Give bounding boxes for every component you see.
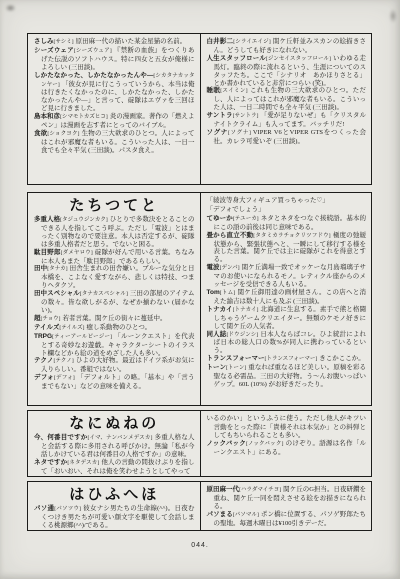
- entry-body: 「彼女が見に行こうっていうから、本当は俺は行きたくなかったのに、しかたなかった、…: [41, 81, 195, 113]
- entry-term: 島本和彦: [34, 113, 60, 120]
- entry-reading: [サシミ]: [54, 39, 74, 45]
- entry-term: パソまる: [207, 511, 233, 518]
- scan-speck: [389, 9, 397, 23]
- entry-term: トナカイ: [207, 306, 233, 313]
- left-column: さしみ[サシミ]原田麻一代の描いた某金星猫の名前。 シーズウェア[シーズウェア]…: [28, 34, 200, 184]
- entry-term: デフォ: [34, 374, 54, 381]
- entry-reading: [トランスフォーマー]: [264, 356, 317, 362]
- entry-reading: [サントラ]: [233, 113, 259, 119]
- entry-term: 原田麻一代: [207, 486, 240, 493]
- entry-term: 食欲: [34, 130, 47, 137]
- glossary-entry: 島本和彦[シマモトカズヒコ]炎の漫画家。著作の「燃えよペン」は漫画を志す者にとっ…: [34, 113, 195, 130]
- glossary-entry: しかたなかった、しかたなかったんや―[シカタナカッタンヤー]「彼女が見に行こうっ…: [34, 72, 195, 114]
- entry-term: トランスフォーマー: [207, 355, 265, 362]
- right-column: 原田麻一代[ハラダマイチヨ]関ケ丘のG担当。日夜研鑽を重ね、関ケ丘一同を悶えさせ…: [200, 482, 372, 530]
- page-number: 044.: [0, 542, 400, 549]
- entry-term: パソ通: [34, 505, 54, 512]
- entry-body: 原田麻一代の描いた某金星猫の名前。: [76, 38, 187, 45]
- glossary-entry: テイルズ[テイルズ]癒し系動物のひとつ。: [34, 324, 195, 333]
- entry-reading: [テクノ]: [53, 358, 73, 364]
- glossary-entry: トランスフォーマー[トランスフォーマー]きこかここか。: [207, 355, 367, 364]
- entry-list: パソ通[パソツウ]彼女ナシ男たちの生命線(^^)。日夜むくつけき男たちが可愛い顔…: [34, 505, 195, 530]
- entry-term: テクノ: [34, 357, 53, 364]
- entry-term: 睡眠: [207, 87, 221, 94]
- glossary-entry: シーズウェア[シーズウェア]『禁断の血族』をつくりあげた伝説のソフトハウス。特に…: [34, 47, 195, 72]
- entry-list: 今、何番目ですか[イマ、ナンバンメデスカ]多重人格な人と会話する際に多用される呼…: [34, 434, 195, 476]
- glossary-entry: 食欲[ショクヨク]生物の三大欲求のひとつ。人によってはこれが邪魔な者もいる。こう…: [34, 130, 195, 155]
- entry-body: きこかここか。: [319, 355, 365, 362]
- entry-list: 多重人格[タジュウジンカク]ひとりで多数決をとることのできる人を指してこう呼ぶ。…: [34, 216, 195, 391]
- glossary-entry: ソグナ[ソグナ]VIPER V6とVIPER GTSをつくった会社。カレラ可愛い…: [207, 129, 367, 146]
- entry-reading: [デフォ]: [54, 375, 75, 381]
- glossary-entry: 超[チョウ]若者言葉。関ケ丘の街々に蔓延中。: [34, 315, 195, 324]
- entry-reading: [パソツウ]: [54, 506, 81, 512]
- entry-reading: [ハラダマイチヨ]: [239, 487, 281, 493]
- entry-term: 電波: [207, 264, 220, 271]
- glossary-entry: TRPG[ティーアールピージー]「ルーンクエスト」を代表とする奇妙なお遊戯。キャ…: [34, 333, 195, 358]
- entry-reading: [ネタデスカ]: [67, 460, 99, 466]
- entry-reading: [ティーアールピージー]: [52, 334, 112, 340]
- entry-term: 今、何番目ですか: [34, 434, 87, 441]
- glossary-entry: サントラ[サントラ]「愛が足りないぜ」も「クリスタルナイトクライム」も入ってます…: [207, 112, 367, 129]
- glossary-entry: 田中スペシャル[タナカスペシャル]三田の部屋のアイテムの数々。皆な欲しがるが、な…: [34, 290, 195, 315]
- glossary-entry: 多重人格[タジュウジンカク]ひとりで多数決をとることのできる人を指してこう呼ぶ。…: [34, 216, 195, 249]
- glossary-entry: 田中[タナカ]田舎生まれの田舎嫌い。ブルーな気分と日本橋を、こよなく愛すながら、…: [34, 265, 195, 290]
- glossary-entry: 畳から直立不動[タタミカラチョクリツフドウ]極度の弛緩状態から、緊張状態へと、一…: [207, 232, 367, 265]
- entry-term: 人生スタッフロール: [207, 55, 266, 62]
- entry-term: 白井影二: [207, 38, 234, 45]
- glossary-entry: てゆーか[テユーカ]ネタとネタをつなぐ接続語。基本的にこの語の前後は同じ意味であ…: [207, 215, 367, 232]
- entry-term: テイルズ: [34, 324, 59, 331]
- glossary-box-ta: たちつてと 多重人格[タジュウジンカク]ひとりで多数決をとることのできる人を指し…: [27, 192, 372, 406]
- entry-body: 若者言葉。関ケ丘の街々に蔓延中。: [63, 315, 167, 322]
- entry-term: さしみ: [34, 38, 54, 45]
- glossary-entry: いるのかい」というふうに使う。ただし他人がキツい言動をとった際に「貴様それは本気…: [207, 415, 367, 440]
- glossary-entry: パソ通[パソツウ]彼女ナシ男たちの生命線(^^)。日夜むくつけき男たちが可愛い顔…: [34, 505, 195, 530]
- entry-reading: [シーズウェア]: [74, 48, 112, 54]
- left-column: たちつてと 多重人格[タジュウジンカク]ひとりで多数決をとることのできる人を指し…: [28, 193, 200, 405]
- entry-term: てゆーか: [207, 215, 233, 222]
- entry-term: ソグナ: [207, 129, 229, 136]
- entry-reading: [タタミカラチョクリツフドウ]: [253, 233, 330, 239]
- glossary-entry: 同人誌[ドウジンシ]日本人ならばコレ。ひよ統計によれば日本の総人口の数%が同人に…: [207, 331, 367, 356]
- glossary-entry: 原田麻一代[ハラダマイチヨ]関ケ丘のG担当。日夜研鑽を重ね、関ケ丘一同を悶えさせ…: [207, 486, 367, 511]
- section-header-ha: はひふへほ: [34, 486, 195, 503]
- entry-term: ノックバック: [207, 440, 246, 447]
- entry-term: 駄目野郎: [34, 249, 61, 256]
- entry-reading: [トナカイ]: [233, 307, 259, 313]
- entry-reading: [ショクヨク]: [47, 131, 79, 137]
- glossary-entry: 人生スタッフロール[ジンセイスタッフロール]いわゆる走馬灯。臨終の際に流れるとい…: [207, 55, 367, 88]
- entry-reading: [デンパ]: [220, 265, 240, 271]
- entry-reading: [シライエイジ]: [233, 39, 270, 45]
- entry-body: 「綾波等身大フィギュア買っちゃった♡」: [207, 197, 329, 204]
- entry-reading: [ソグナ]: [228, 130, 251, 136]
- right-column: 白井影二[シライエイジ]関ケ丘軒並みスカンの絵描きさん。どうしても好きになれない…: [200, 34, 372, 184]
- glossary-entry: パソまる[パソマル]ポン橋に位置する、パソゲ野郎たちの聖地。毎週木曜日は¥100…: [207, 511, 367, 528]
- glossary-entry: 電波[デンパ]関ケ丘満場一致でオッケーな月島瑠璃子サマのお使いになられるモノ。レ…: [207, 264, 367, 289]
- entry-body: 癒し系動物のひとつ。: [86, 324, 151, 331]
- glossary-entry: ノックバック[ノックバック]のけぞり。語源は名作「ルーンクエスト」にある。: [207, 440, 367, 457]
- glossary-box-ha: はひふへほ パソ通[パソツウ]彼女ナシ男たちの生命線(^^)。日夜むくつけき男た…: [27, 481, 372, 531]
- glossary-entry: トナカイ[トナカイ]北海道に生息する。素手で熊と格闘しちゃうゲームクリエイター。…: [207, 306, 367, 331]
- entry-body: 関ケ丘御用達の画材屋さん。この店へと消えた諭吉は数十人にも及ぶ (三田談)。: [214, 289, 367, 305]
- entry-term: しかたなかった、しかたなかったんや―: [34, 72, 153, 79]
- entry-reading: [チョウ]: [41, 316, 61, 322]
- glossary-entry: さしみ[サシミ]原田麻一代の描いた某金星猫の名前。: [34, 38, 195, 47]
- section-header-na: なにぬねの: [34, 415, 195, 432]
- entry-term: サントラ: [207, 112, 233, 119]
- entry-reading: [ドウジンシ]: [226, 332, 258, 338]
- entry-reading: [タナカ]: [47, 266, 67, 272]
- entry-reading: [テユーカ]: [233, 216, 259, 222]
- entry-reading: [ダメヤロウ]: [61, 250, 93, 256]
- entry-term: 田中スペシャル: [34, 290, 80, 297]
- glossary-entry: 「綾波等身大フィギュア買っちゃった♡」: [207, 197, 367, 206]
- entry-reading: [ノックバック]: [246, 441, 283, 447]
- entry-reading: [トム]: [220, 290, 235, 296]
- glossary-entry: デフォ[デフォ]「デフォルト」の略。「基本」や「言うまでもない」などの意味を備え…: [34, 374, 195, 391]
- scanned-glossary-page: さしみ[サシミ]原田麻一代の描いた某金星猫の名前。 シーズウェア[シーズウェア]…: [0, 0, 400, 579]
- entry-reading: [トーン]: [226, 365, 246, 371]
- entry-term: 多重人格: [34, 216, 60, 223]
- left-column: はひふへほ パソ通[パソツウ]彼女ナシ男たちの生命線(^^)。日夜むくつけき男た…: [28, 482, 200, 530]
- right-column: いるのかい」というふうに使う。ただし他人がキツい言動をとった際に「貴様それは本気…: [200, 411, 372, 476]
- right-column: 「綾波等身大フィギュア買っちゃった♡」 「デフォでしょう」 てゆーか[テユーカ]…: [200, 193, 372, 405]
- entry-term: ネタですか: [34, 459, 67, 466]
- glossary-entry: ネタですか[ネタデスカ]他人の言動の間抜けぶりを指して「おいおい、それは俺を笑わ…: [34, 459, 195, 476]
- entry-term: Tom: [207, 289, 220, 296]
- entry-reading: [パソマル]: [233, 512, 259, 518]
- entry-reading: [ジンセイスタッフロール]: [266, 56, 331, 62]
- entry-term: 同人誌: [207, 331, 227, 338]
- left-column: なにぬねの 今、何番目ですか[イマ、ナンバンメデスカ]多重人格な人と会話する際に…: [28, 411, 200, 476]
- entry-reading: [タナカスペシャル]: [80, 291, 128, 297]
- scan-speck: [5, 4, 16, 12]
- entry-body: 「デフォでしょう」: [207, 206, 265, 213]
- glossary-entry: テクノ[テクノ]ひよの大好物。最近はドイツ系がお気に入りらしい。番組ではない。: [34, 357, 195, 374]
- entry-term: TRPG: [34, 333, 52, 340]
- entry-body: いるのかい」というふうに使う。ただし他人がキツい言動をとった際に「貴様それは本気…: [207, 415, 367, 439]
- entry-reading: [スイミン]: [220, 88, 247, 94]
- entry-term: 超: [34, 315, 41, 322]
- glossary-box-sa: さしみ[サシミ]原田麻一代の描いた某金星猫の名前。 シーズウェア[シーズウェア]…: [27, 33, 372, 185]
- glossary-entry: トーン[トーン]重なれば重なるほど美しい。原稿を彩る聖なる必需品。三田の大好物。…: [207, 364, 367, 389]
- entry-reading: [イマ、ナンバンメデスカ]: [87, 435, 152, 441]
- glossary-entry: 白井影二[シライエイジ]関ケ丘軒並みスカンの絵描きさん。どうしても好きになれない…: [207, 38, 367, 55]
- section-header-ta: たちつてと: [34, 197, 195, 214]
- glossary-entry: Tom[トム]関ケ丘御用達の画材屋さん。この店へと消えた諭吉は数十人にも及ぶ (…: [207, 289, 367, 306]
- entry-term: シーズウェア: [34, 47, 74, 54]
- glossary-entry: 睡眠[スイミン]これも生物の三大欲求のひとつ。ただし、人によってはこれが邪魔な者…: [207, 87, 367, 112]
- entry-term: 畳から直立不動: [207, 232, 254, 239]
- glossary-entry: 今、何番目ですか[イマ、ナンバンメデスカ]多重人格な人と会話する際に多用される呼…: [34, 434, 195, 459]
- entry-term: 田中: [34, 265, 47, 272]
- entry-reading: [タジュウジンカク]: [60, 217, 108, 223]
- entry-term: トーン: [207, 364, 227, 371]
- entry-reading: [シマモトカズヒコ]: [60, 114, 108, 120]
- entry-reading: [テイルズ]: [59, 325, 84, 331]
- glossary-entry: 駄目野郎[ダメヤロウ]碇隊が好んで用いる言葉。ちなみに本人もまた「駄目野郎」であ…: [34, 249, 195, 266]
- glossary-entry: 「デフォでしょう」: [207, 206, 367, 215]
- glossary-box-na: なにぬねの 今、何番目ですか[イマ、ナンバンメデスカ]多重人格な人と会話する際に…: [27, 410, 372, 477]
